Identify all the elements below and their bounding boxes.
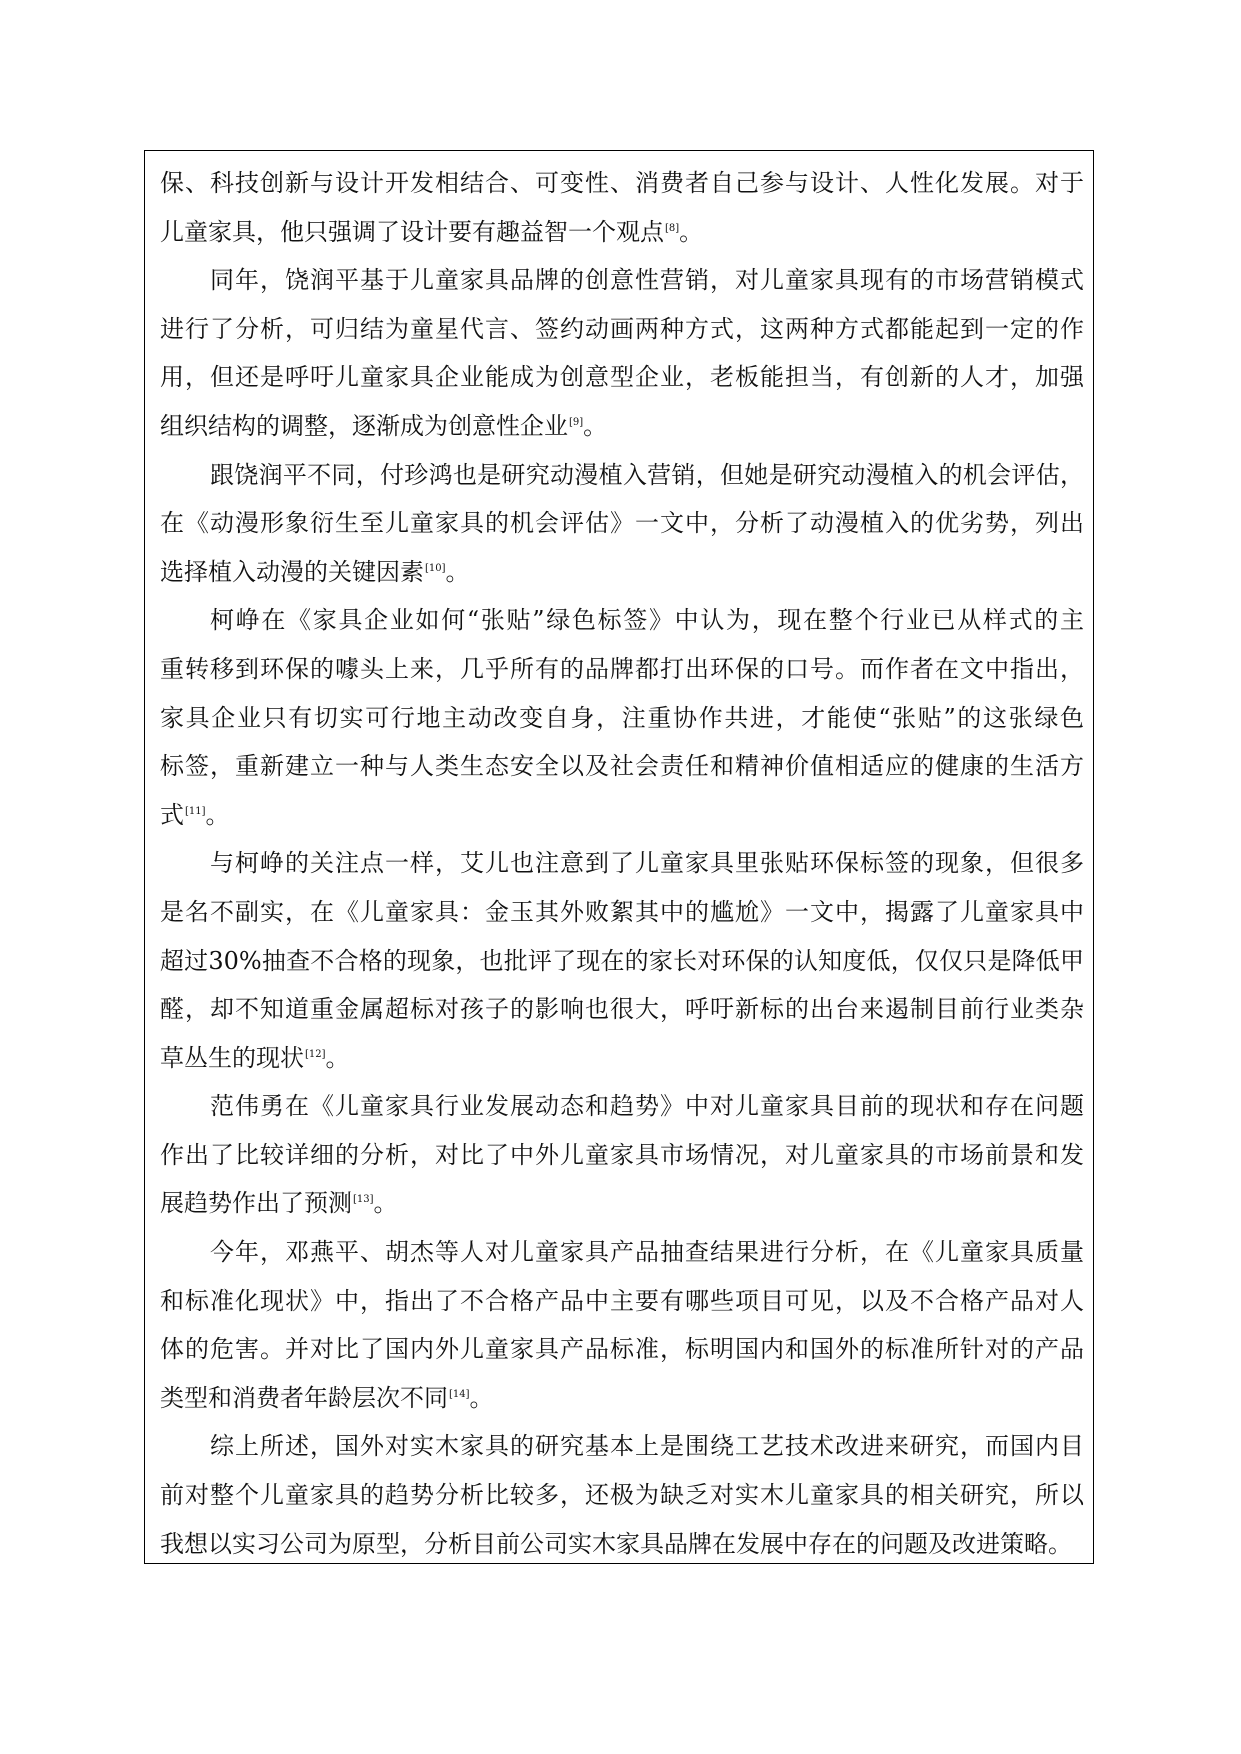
text-line: 儿童家具，他只强调了设计要有趣益智一个观点[8]。 (160, 208, 1084, 257)
line-text: 我想以实习公司为原型，分析目前公司实木家具品牌在发展中存在的问题及改进策略。 (160, 1530, 1072, 1558)
line-text: 展趋势作出了预测 (160, 1189, 352, 1217)
line-text: 与柯峥的关注点一样，艾儿也注意到了儿童家具里张贴环保标签的现象，但很多 (210, 849, 1084, 877)
text-line: 选择植入动漫的关键因素[10]。 (160, 548, 1084, 597)
line-tail-punctuation: 。 (446, 558, 470, 586)
line-tail-punctuation: 。 (326, 1044, 350, 1072)
text-line: 草丛生的现状[12]。 (160, 1034, 1084, 1083)
text-line: 家具企业只有切实可行地主动改变自身，注重协作共进，才能使“张贴”的这张绿色 (160, 694, 1084, 743)
text-line: 综上所述，国外对实木家具的研究基本上是围绕工艺技术改进来研究，而国内目 (160, 1422, 1084, 1471)
line-text: 跟饶润平不同，付珍鸿也是研究动漫植入营销，但她是研究动漫植入的机会评估， (210, 461, 1084, 489)
line-text: 作出了比较详细的分析，对比了中外儿童家具市场情况，对儿童家具的市场前景和发 (160, 1141, 1084, 1169)
paragraph: 同年，饶润平基于儿童家具品牌的创意性营销，对儿童家具现有的市场营销模式进行了分析… (160, 256, 1084, 450)
text-line: 和标准化现状》中，指出了不合格产品中主要有哪些项目可见，以及不合格产品对人 (160, 1277, 1084, 1326)
line-text: 在《动漫形象衍生至儿童家具的机会评估》一文中，分析了动漫植入的优劣势，列出 (160, 509, 1084, 537)
line-text: 柯峥在《家具企业如何“张贴”绿色标签》中认为，现在整个行业已从样式的主 (210, 606, 1084, 634)
paragraph: 与柯峥的关注点一样，艾儿也注意到了儿童家具里张贴环保标签的现象，但很多是名不副实… (160, 839, 1084, 1082)
text-line: 与柯峥的关注点一样，艾儿也注意到了儿童家具里张贴环保标签的现象，但很多 (160, 839, 1084, 888)
text-line: 保、科技创新与设计开发相结合、可变性、消费者自己参与设计、人性化发展。对于 (160, 159, 1084, 208)
text-line: 进行了分析，可归结为童星代言、签约动画两种方式，这两种方式都能起到一定的作 (160, 305, 1084, 354)
line-text: 醛，却不知道重金属超标对孩子的影响也很大，呼吁新标的出台来遏制目前行业类杂 (160, 995, 1084, 1023)
line-text: 草丛生的现状 (160, 1044, 304, 1072)
line-text: 儿童家具，他只强调了设计要有趣益智一个观点 (160, 218, 664, 246)
citation-reference: [13] (353, 1194, 374, 1205)
citation-reference: [8] (665, 223, 679, 234)
line-text: 保、科技创新与设计开发相结合、可变性、消费者自己参与设计、人性化发展。对于 (160, 169, 1084, 197)
citation-reference: [9] (569, 417, 583, 428)
citation-reference: [11] (185, 806, 206, 817)
paragraph: 跟饶润平不同，付珍鸿也是研究动漫植入营销，但她是研究动漫植入的机会评估，在《动漫… (160, 451, 1084, 597)
paragraph: 综上所述，国外对实木家具的研究基本上是围绕工艺技术改进来研究，而国内目前对整个儿… (160, 1422, 1084, 1568)
text-line: 同年，饶润平基于儿童家具品牌的创意性营销，对儿童家具现有的市场营销模式 (160, 256, 1084, 305)
text-line: 今年，邓燕平、胡杰等人对儿童家具产品抽查结果进行分析，在《儿童家具质量 (160, 1228, 1084, 1277)
line-text: 组织结构的调整，逐渐成为创意性企业 (160, 412, 568, 440)
text-line: 是名不副实，在《儿童家具：金玉其外败絮其中的尴尬》一文中，揭露了儿童家具中 (160, 888, 1084, 937)
line-text: 选择植入动漫的关键因素 (160, 558, 424, 586)
line-text: 是名不副实，在《儿童家具：金玉其外败絮其中的尴尬》一文中，揭露了儿童家具中 (160, 898, 1084, 926)
text-line: 展趋势作出了预测[13]。 (160, 1179, 1084, 1228)
line-tail-punctuation: 。 (679, 218, 703, 246)
text-line: 在《动漫形象衍生至儿童家具的机会评估》一文中，分析了动漫植入的优劣势，列出 (160, 499, 1084, 548)
content-table-cell: 保、科技创新与设计开发相结合、可变性、消费者自己参与设计、人性化发展。对于儿童家… (144, 150, 1094, 1564)
line-text: 标签，重新建立一种与人类生态安全以及社会责任和精神价值相适应的健康的生活方 (160, 752, 1084, 780)
line-text: 用，但还是呼吁儿童家具企业能成为创意型企业，老板能担当，有创新的人才，加强 (160, 363, 1084, 391)
line-text: 家具企业只有切实可行地主动改变自身，注重协作共进，才能使“张贴”的这张绿色 (160, 704, 1084, 732)
line-text: 类型和消费者年龄层次不同 (160, 1384, 448, 1412)
citation-reference: [10] (425, 563, 446, 574)
text-line: 跟饶润平不同，付珍鸿也是研究动漫植入营销，但她是研究动漫植入的机会评估， (160, 451, 1084, 500)
line-text: 重转移到环保的噱头上来，几乎所有的品牌都打出环保的口号。而作者在文中指出， (160, 655, 1084, 683)
line-tail-punctuation: 。 (206, 801, 230, 829)
line-tail-punctuation: 。 (470, 1384, 494, 1412)
text-line: 前对整个儿童家具的趋势分析比较多，还极为缺乏对实木儿童家具的相关研究，所以 (160, 1471, 1084, 1520)
line-text: 进行了分析，可归结为童星代言、签约动画两种方式，这两种方式都能起到一定的作 (160, 315, 1084, 343)
text-line: 体的危害。并对比了国内外儿童家具产品标准，标明国内和国外的标准所针对的产品 (160, 1325, 1084, 1374)
line-text: 前对整个儿童家具的趋势分析比较多，还极为缺乏对实木儿童家具的相关研究，所以 (160, 1481, 1084, 1509)
line-text: 和标准化现状》中，指出了不合格产品中主要有哪些项目可见，以及不合格产品对人 (160, 1287, 1084, 1315)
text-line: 范伟勇在《儿童家具行业发展动态和趋势》中对儿童家具目前的现状和存在问题 (160, 1082, 1084, 1131)
paragraph: 今年，邓燕平、胡杰等人对儿童家具产品抽查结果进行分析，在《儿童家具质量和标准化现… (160, 1228, 1084, 1422)
line-text: 超过30%抽查不合格的现象，也批评了现在的家长对环保的认知度低，仅仅只是降低甲 (160, 947, 1084, 975)
citation-reference: [14] (449, 1389, 470, 1400)
line-text: 今年，邓燕平、胡杰等人对儿童家具产品抽查结果进行分析，在《儿童家具质量 (210, 1238, 1084, 1266)
text-line: 醛，却不知道重金属超标对孩子的影响也很大，呼吁新标的出台来遏制目前行业类杂 (160, 985, 1084, 1034)
text-line: 用，但还是呼吁儿童家具企业能成为创意型企业，老板能担当，有创新的人才，加强 (160, 353, 1084, 402)
line-text: 同年，饶润平基于儿童家具品牌的创意性营销，对儿童家具现有的市场营销模式 (210, 266, 1084, 294)
text-line: 标签，重新建立一种与人类生态安全以及社会责任和精神价值相适应的健康的生活方 (160, 742, 1084, 791)
citation-reference: [12] (305, 1049, 326, 1060)
line-tail-punctuation: 。 (374, 1189, 398, 1217)
text-line: 重转移到环保的噱头上来，几乎所有的品牌都打出环保的口号。而作者在文中指出， (160, 645, 1084, 694)
line-text: 范伟勇在《儿童家具行业发展动态和趋势》中对儿童家具目前的现状和存在问题 (210, 1092, 1084, 1120)
line-text: 式 (160, 801, 184, 829)
text-line: 式[11]。 (160, 791, 1084, 840)
line-text: 体的危害。并对比了国内外儿童家具产品标准，标明国内和国外的标准所针对的产品 (160, 1335, 1084, 1363)
paragraph: 保、科技创新与设计开发相结合、可变性、消费者自己参与设计、人性化发展。对于儿童家… (160, 159, 1084, 256)
text-line: 类型和消费者年龄层次不同[14]。 (160, 1374, 1084, 1423)
line-text: 综上所述，国外对实木家具的研究基本上是围绕工艺技术改进来研究，而国内目 (210, 1432, 1084, 1460)
paragraph: 柯峥在《家具企业如何“张贴”绿色标签》中认为，现在整个行业已从样式的主重转移到环… (160, 596, 1084, 839)
paragraph: 范伟勇在《儿童家具行业发展动态和趋势》中对儿童家具目前的现状和存在问题作出了比较… (160, 1082, 1084, 1228)
line-tail-punctuation: 。 (583, 412, 607, 440)
text-line: 组织结构的调整，逐渐成为创意性企业[9]。 (160, 402, 1084, 451)
body-text: 保、科技创新与设计开发相结合、可变性、消费者自己参与设计、人性化发展。对于儿童家… (160, 159, 1084, 1568)
text-line: 作出了比较详细的分析，对比了中外儿童家具市场情况，对儿童家具的市场前景和发 (160, 1131, 1084, 1180)
text-line: 柯峥在《家具企业如何“张贴”绿色标签》中认为，现在整个行业已从样式的主 (160, 596, 1084, 645)
text-line: 超过30%抽查不合格的现象，也批评了现在的家长对环保的认知度低，仅仅只是降低甲 (160, 937, 1084, 986)
text-line: 我想以实习公司为原型，分析目前公司实木家具品牌在发展中存在的问题及改进策略。 (160, 1520, 1084, 1569)
